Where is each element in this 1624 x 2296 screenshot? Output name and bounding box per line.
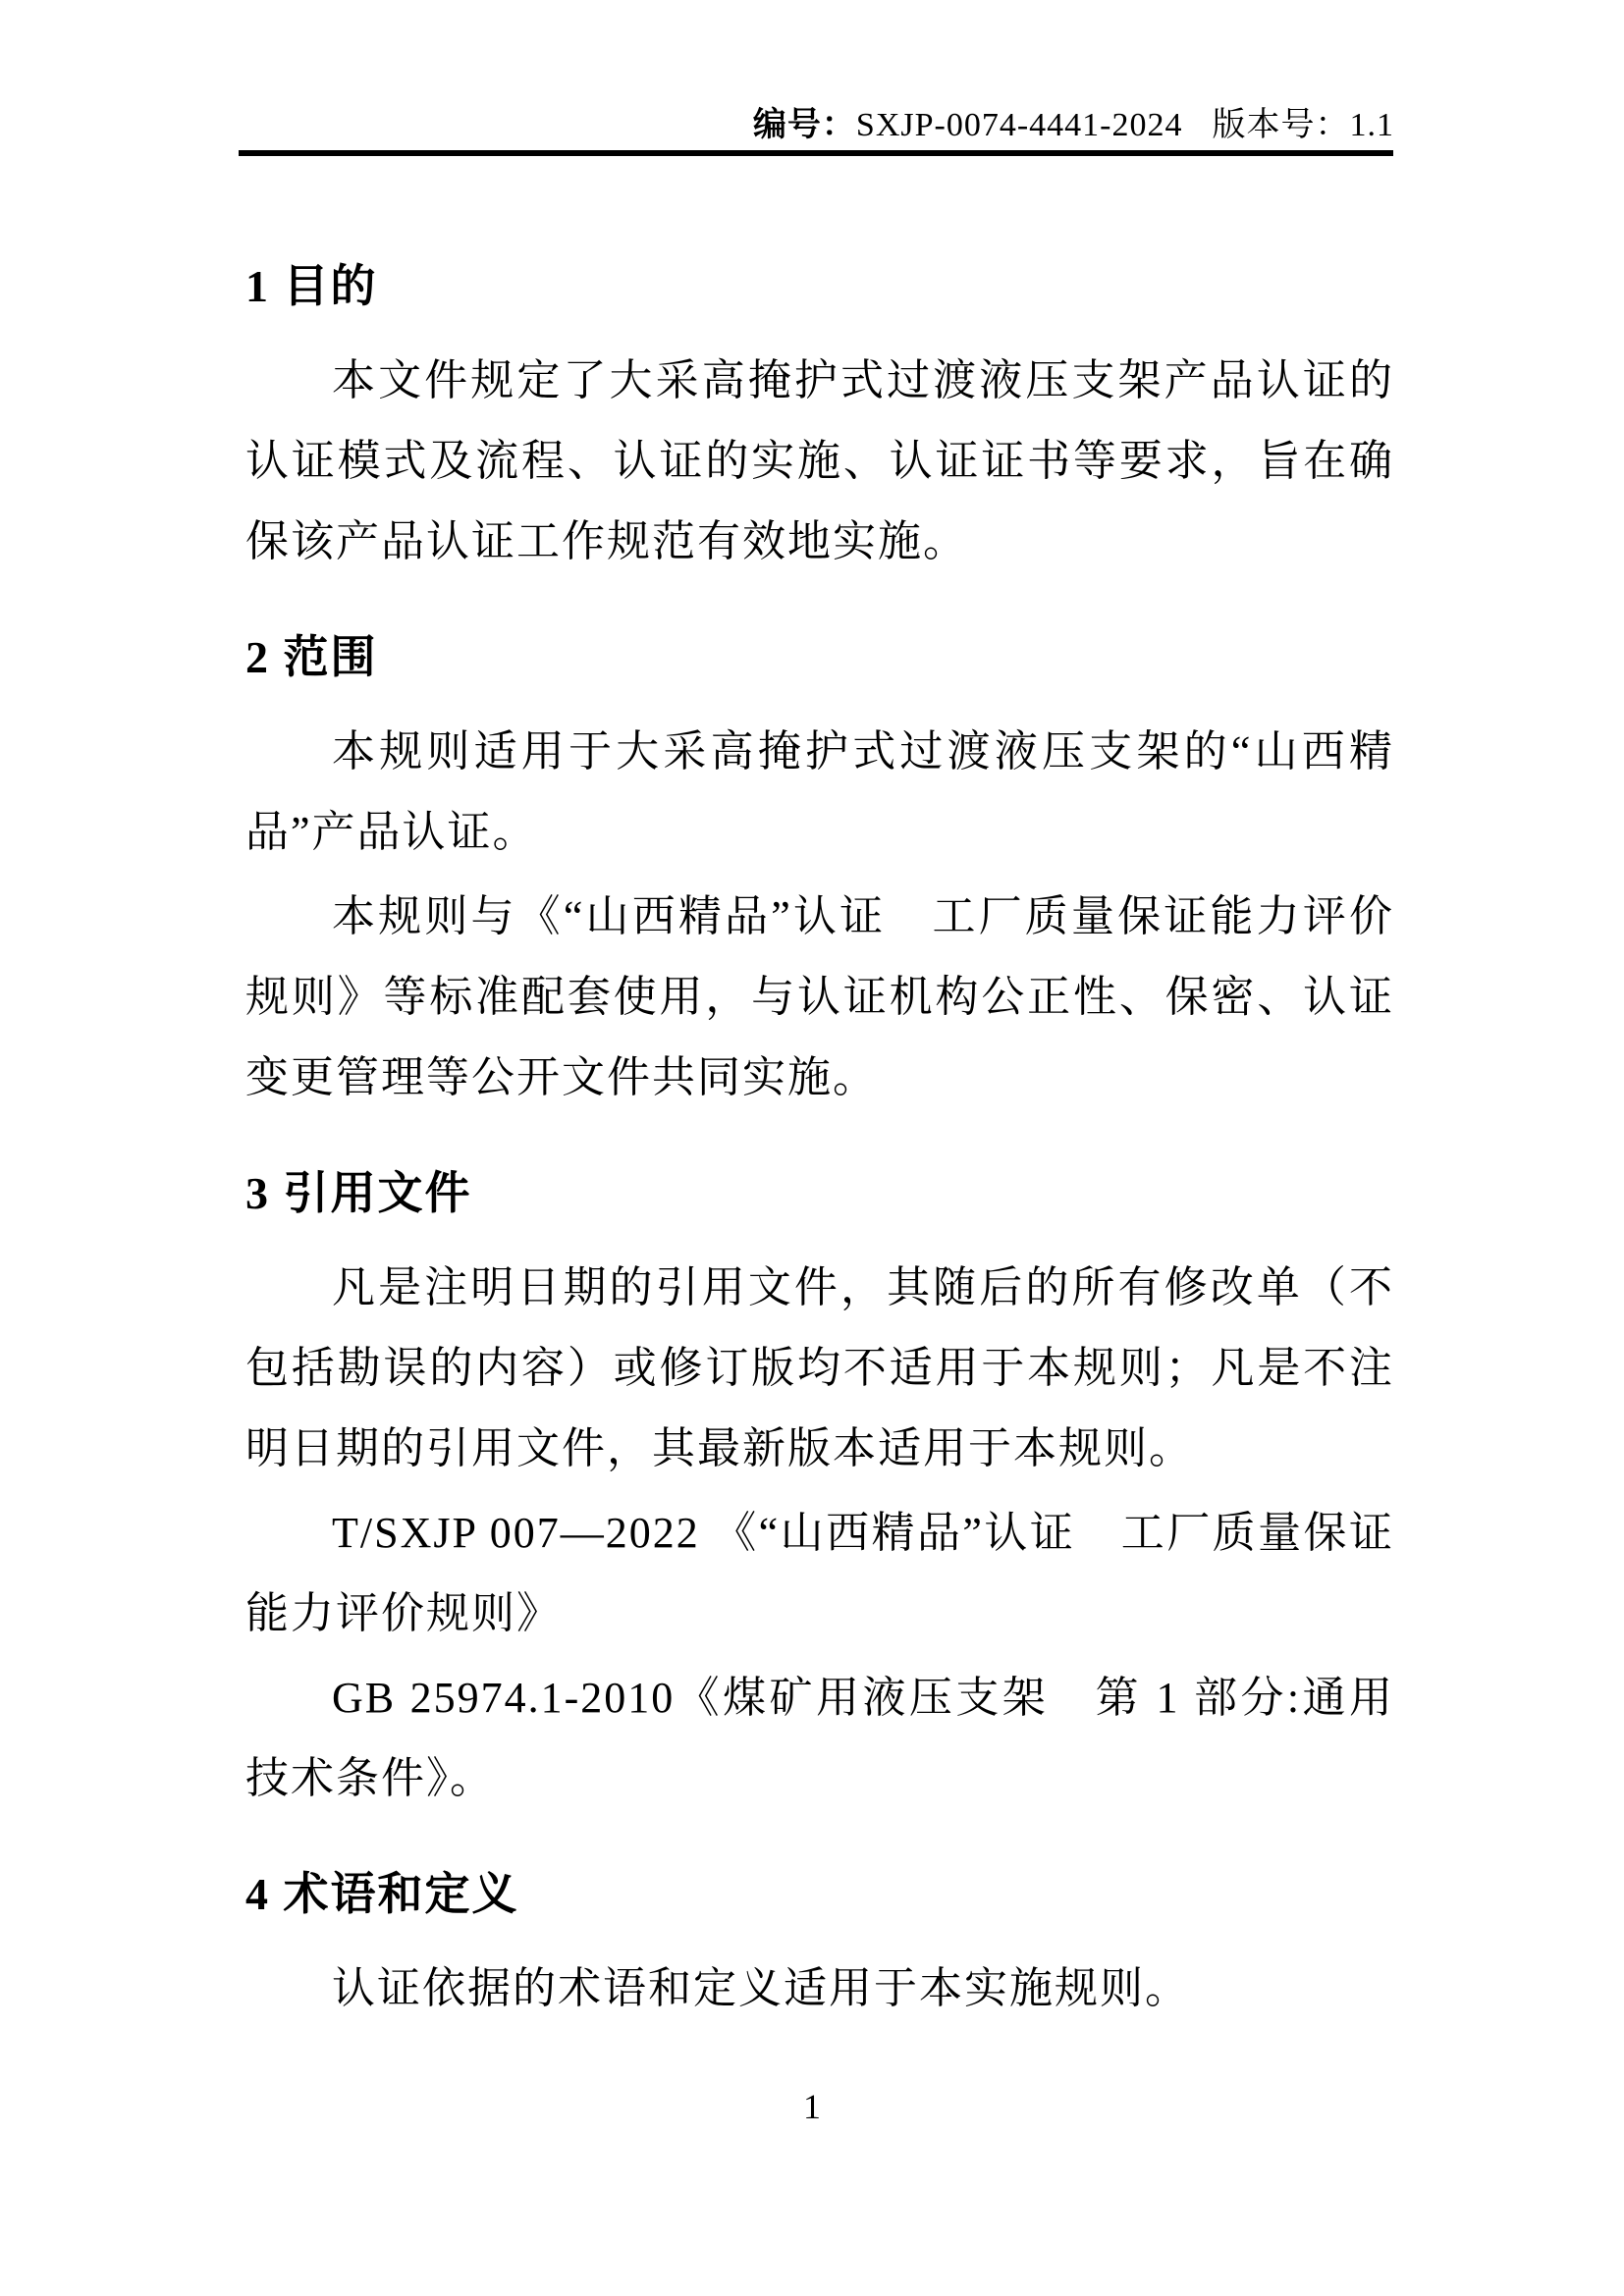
header-rule [239,150,1393,156]
document-page: 编号：SXJP-0074-4441-2024版本号：1.1 1 目的 本文件规定… [0,0,1624,2296]
scope-paragraph-2: 本规则与《“山西精品”认证 工厂质量保证能力评价规则》等标准配套使用，与认证机构… [245,877,1394,1118]
references-paragraph-3: GB 25974.1-2010《煤矿用液压支架 第 1 部分:通用技术条件》。 [245,1658,1394,1819]
terms-paragraph: 认证依据的术语和定义适用于本实施规则。 [245,1949,1394,2029]
document-header: 编号：SXJP-0074-4441-2024版本号：1.1 [753,104,1394,147]
references-paragraph-2: T/SXJP 007—2022 《“山西精品”认证 工厂质量保证能力评价规则》 [245,1493,1394,1654]
section-heading-terms: 4 术语和定义 [245,1868,1394,1921]
doc-number-value: SXJP-0074-4441-2024 [856,107,1183,143]
purpose-paragraph: 本文件规定了大采高掩护式过渡液压支架产品认证的认证模式及流程、认证的实施、认证证… [245,341,1394,582]
doc-version-value: 1.1 [1350,107,1395,143]
section-heading-scope: 2 范围 [245,631,1394,684]
section-heading-references: 3 引用文件 [245,1167,1394,1220]
scope-paragraph-1: 本规则适用于大采高掩护式过渡液压支架的“山西精品”产品认证。 [245,712,1394,873]
references-paragraph-1: 凡是注明日期的引用文件，其随后的所有修改单（不包括勘误的内容）或修订版均不适用于… [245,1248,1394,1489]
doc-number-label: 编号： [753,107,856,143]
page-number: 1 [0,2087,1624,2126]
doc-version-label: 版本号： [1213,107,1350,143]
document-body: 1 目的 本文件规定了大采高掩护式过渡液压支架产品认证的认证模式及流程、认证的实… [245,240,1394,2033]
section-heading-purpose: 1 目的 [245,260,1394,313]
